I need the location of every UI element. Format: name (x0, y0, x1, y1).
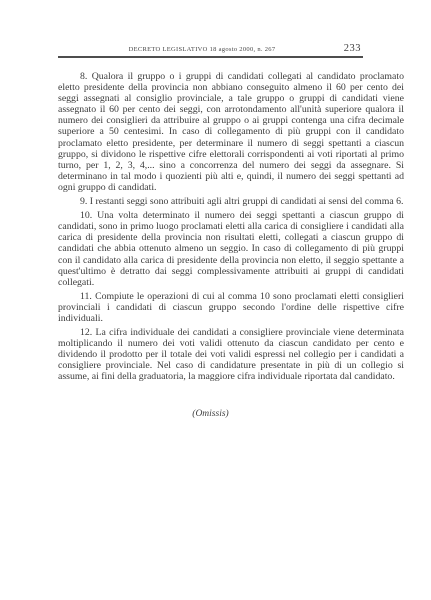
omissis-marker: (Omissis) (58, 409, 363, 420)
document-page: DECRETO LEGISLATIVO 18 agosto 2000, n. 2… (0, 0, 431, 600)
paragraph-comma-11: 11. Compiute le operazioni di cui al com… (58, 291, 404, 324)
body-text: 8. Qualora il gruppo o i gruppi di candi… (58, 71, 404, 420)
header-rule (58, 56, 363, 58)
paragraph-comma-9: 9. I restanti seggi sono attribuiti agli… (58, 196, 404, 207)
page-number: 233 (58, 43, 361, 54)
paragraph-comma-12: 12. La cifra individuale dei candidati a… (58, 327, 404, 382)
paragraph-comma-10: 10. Una volta determinato il numero dei … (58, 210, 404, 288)
paragraph-comma-8: 8. Qualora il gruppo o i gruppi di candi… (58, 71, 404, 193)
